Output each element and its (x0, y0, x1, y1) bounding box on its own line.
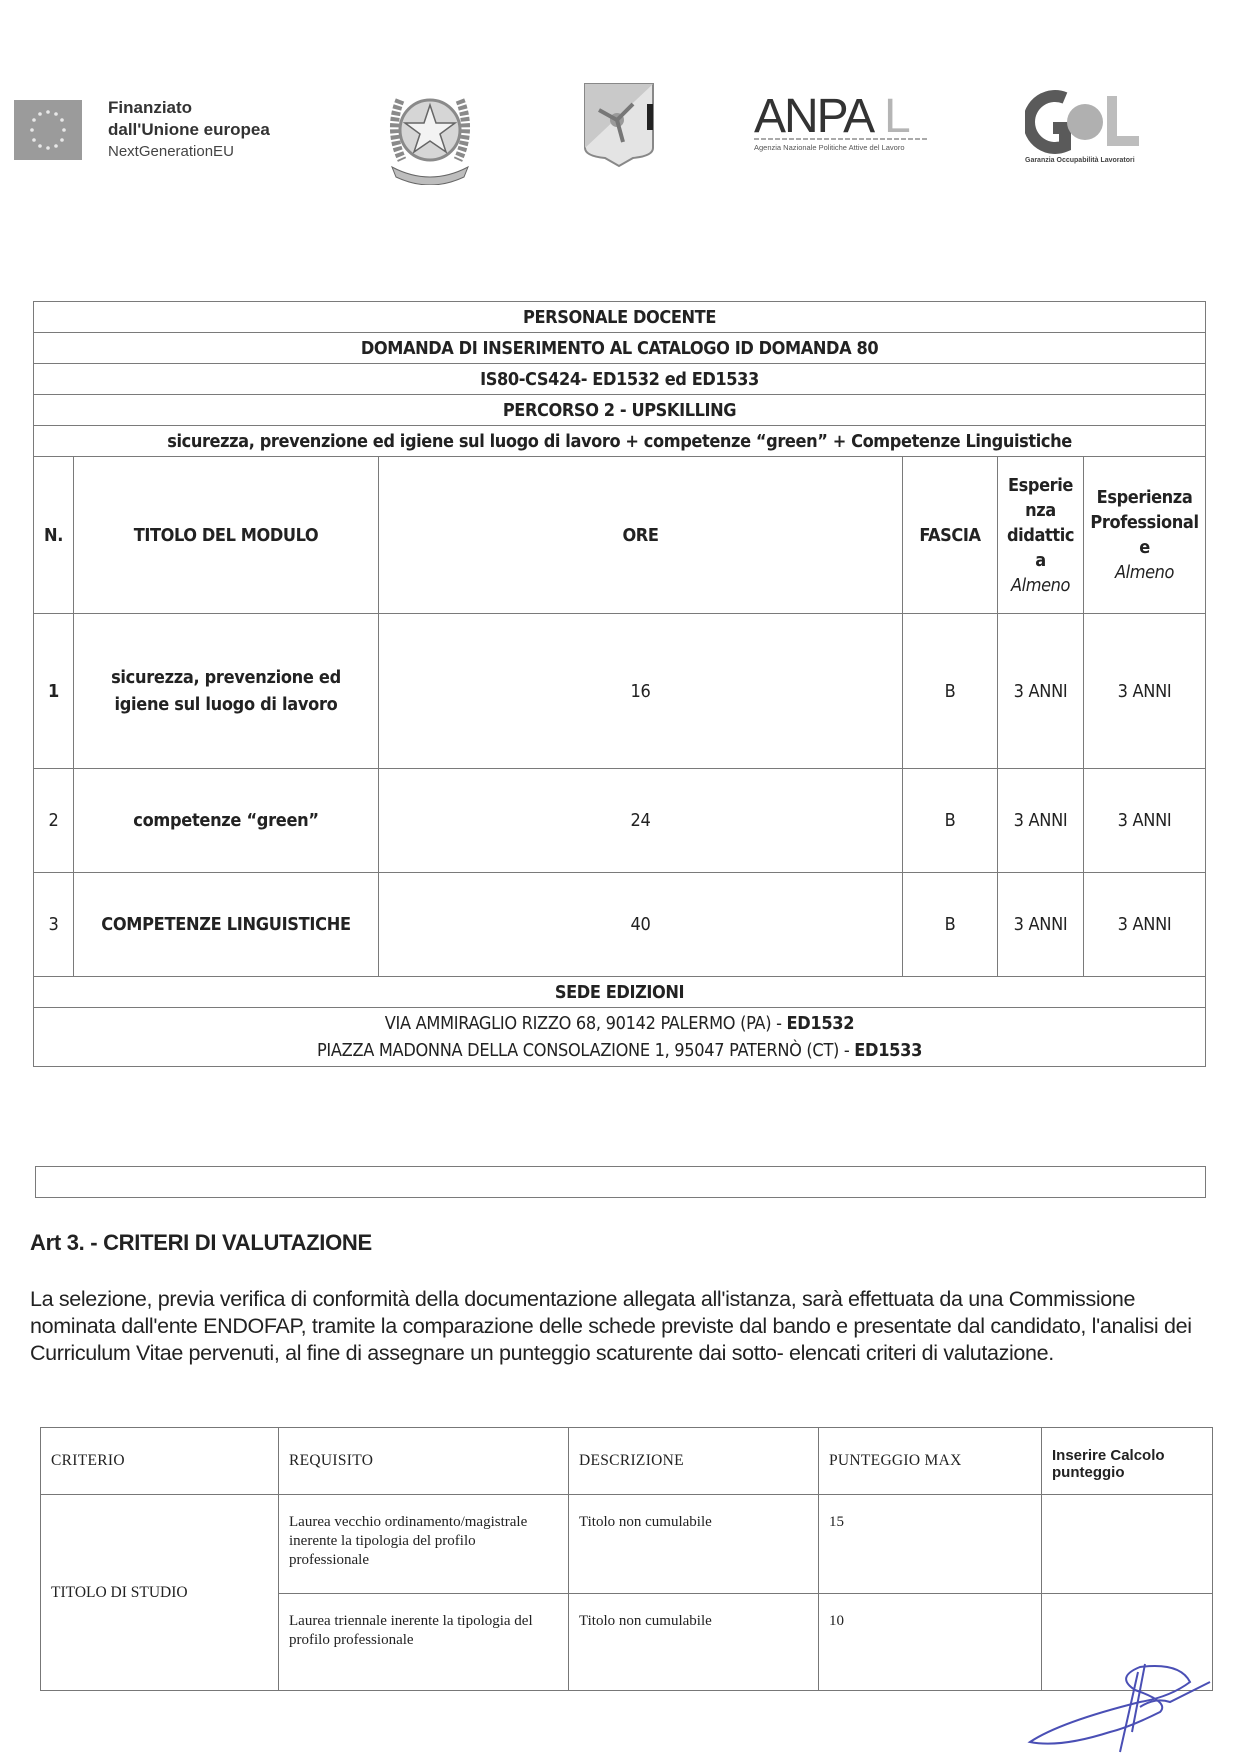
address-text: PIAZZA MADONNA DELLA CONSOLAZIONE 1, 950… (317, 1040, 854, 1061)
article-title: Art 3. - CRITERI DI VALUTAZIONE (30, 1230, 372, 1256)
row-titolo-line: sicurezza, prevenzione ed (111, 667, 341, 688)
sede-label: SEDE EDIZIONI (34, 977, 1206, 1008)
course-description: sicurezza, prevenzione ed igiene sul luo… (34, 426, 1206, 457)
table-row: 1 sicurezza, prevenzione ed igiene sul l… (34, 614, 1206, 769)
row-requisito: Laurea vecchio ordinamento/magistrale in… (279, 1495, 569, 1594)
col-fascia: FASCIA (903, 457, 998, 614)
col-text: Esperie (1008, 475, 1073, 496)
table-row: 3 COMPETENZE LINGUISTICHE 40 B 3 ANNI 3 … (34, 873, 1206, 977)
col-esperienza-professionale: Esperienza Professional e Almeno (1084, 457, 1206, 614)
row-n: 1 (34, 614, 74, 769)
eu-line-3: NextGenerationEU (108, 141, 270, 163)
row-titolo: competenze “green” (74, 769, 379, 873)
col-text: Professional (1090, 512, 1198, 533)
course-table: PERSONALE DOCENTE DOMANDA DI INSERIMENTO… (33, 301, 1206, 1067)
row-descrizione: Titolo non cumulabile (569, 1594, 819, 1691)
col-text: a (1035, 550, 1046, 571)
svg-text:L: L (884, 92, 911, 143)
col-requisito: REQUISITO (279, 1428, 569, 1495)
table-title: PERSONALE DOCENTE (34, 302, 1206, 333)
svg-text:ANPA: ANPA (754, 92, 875, 143)
row-ore: 16 (379, 614, 903, 769)
col-descrizione: DESCRIZIONE (569, 1428, 819, 1495)
col-text: Almeno (1011, 575, 1070, 596)
row-esp-prof: 3 ANNI (1084, 769, 1206, 873)
row-fascia: B (903, 873, 998, 977)
row-ore: 40 (379, 873, 903, 977)
eu-funding-label: Finanziato dall'Unione europea NextGener… (108, 97, 270, 163)
col-text: e (1139, 537, 1150, 558)
row-esp-prof: 3 ANNI (1084, 873, 1206, 977)
row-n: 2 (34, 769, 74, 873)
col-titolo: TITOLO DEL MODULO (74, 457, 379, 614)
svg-text:Agenzia Nazionale Politiche At: Agenzia Nazionale Politiche Attive del L… (754, 143, 905, 152)
col-punteggio-max: PUNTEGGIO MAX (819, 1428, 1042, 1495)
row-requisito: Laurea triennale inerente la tipologia d… (279, 1594, 569, 1691)
row-punteggio: 15 (819, 1495, 1042, 1594)
row-titolo: sicurezza, prevenzione ed igiene sul luo… (74, 614, 379, 769)
criteria-header-row: CRITERIO REQUISITO DESCRIZIONE PUNTEGGIO… (41, 1428, 1213, 1495)
col-text: Esperienza (1097, 487, 1193, 508)
col-text: Almeno (1115, 562, 1174, 583)
row-esp-didattica: 3 ANNI (998, 873, 1084, 977)
row-titolo-line: igiene sul luogo di lavoro (115, 694, 338, 715)
course-code: IS80-CS424- ED1532 ed ED1533 (34, 364, 1206, 395)
col-criterio: CRITERIO (41, 1428, 279, 1495)
percorso-label: PERCORSO 2 - UPSKILLING (34, 395, 1206, 426)
row-fascia: B (903, 614, 998, 769)
address-text: VIA AMMIRAGLIO RIZZO 68, 90142 PALERMO (… (385, 1013, 787, 1034)
empty-box (35, 1166, 1206, 1198)
eu-flag-icon (14, 100, 82, 160)
row-esp-didattica: 3 ANNI (998, 769, 1084, 873)
sede-addresses: VIA AMMIRAGLIO RIZZO 68, 90142 PALERMO (… (34, 1008, 1206, 1067)
row-esp-didattica: 3 ANNI (998, 614, 1084, 769)
edition-code: ED1533 (854, 1040, 922, 1061)
sicily-region-coat-of-arms-icon (583, 82, 655, 168)
row-descrizione: Titolo non cumulabile (569, 1495, 819, 1594)
criterio-group: TITOLO DI STUDIO (41, 1495, 279, 1691)
column-header-row: N. TITOLO DEL MODULO ORE FASCIA Esperie … (34, 457, 1206, 614)
anpal-logo: ANPA L Agenzia Nazionale Politiche Attiv… (752, 92, 930, 162)
handwritten-signature-icon (1020, 1642, 1220, 1754)
col-text: nza (1025, 500, 1056, 521)
gol-logo: Garanzia Occupabilità Lavoratori (1025, 88, 1145, 166)
row-n: 3 (34, 873, 74, 977)
domanda-label: DOMANDA DI INSERIMENTO AL CATALOGO ID DO… (34, 333, 1206, 364)
svg-text:Garanzia Occupabilità Lavorato: Garanzia Occupabilità Lavoratori (1025, 157, 1135, 164)
eu-line-2: dall'Unione europea (108, 119, 270, 141)
table-row: 2 competenze “green” 24 B 3 ANNI 3 ANNI (34, 769, 1206, 873)
col-esperienza-didattica: Esperie nza didattic a Almeno (998, 457, 1084, 614)
col-ore: ORE (379, 457, 903, 614)
col-n: N. (34, 457, 74, 614)
article-body: La selezione, previa verifica di conform… (30, 1286, 1210, 1367)
italian-republic-emblem-icon (380, 75, 480, 185)
table-row: TITOLO DI STUDIO Laurea vecchio ordiname… (41, 1495, 1213, 1594)
edition-code: ED1532 (786, 1013, 854, 1034)
row-calcolo-input[interactable] (1042, 1495, 1213, 1594)
col-calcolo: Inserire Calcolo punteggio (1042, 1428, 1213, 1495)
eu-line-1: Finanziato (108, 97, 270, 119)
row-fascia: B (903, 769, 998, 873)
row-esp-prof: 3 ANNI (1084, 614, 1206, 769)
row-ore: 24 (379, 769, 903, 873)
col-text: didattic (1007, 525, 1074, 546)
row-punteggio: 10 (819, 1594, 1042, 1691)
row-titolo: COMPETENZE LINGUISTICHE (74, 873, 379, 977)
